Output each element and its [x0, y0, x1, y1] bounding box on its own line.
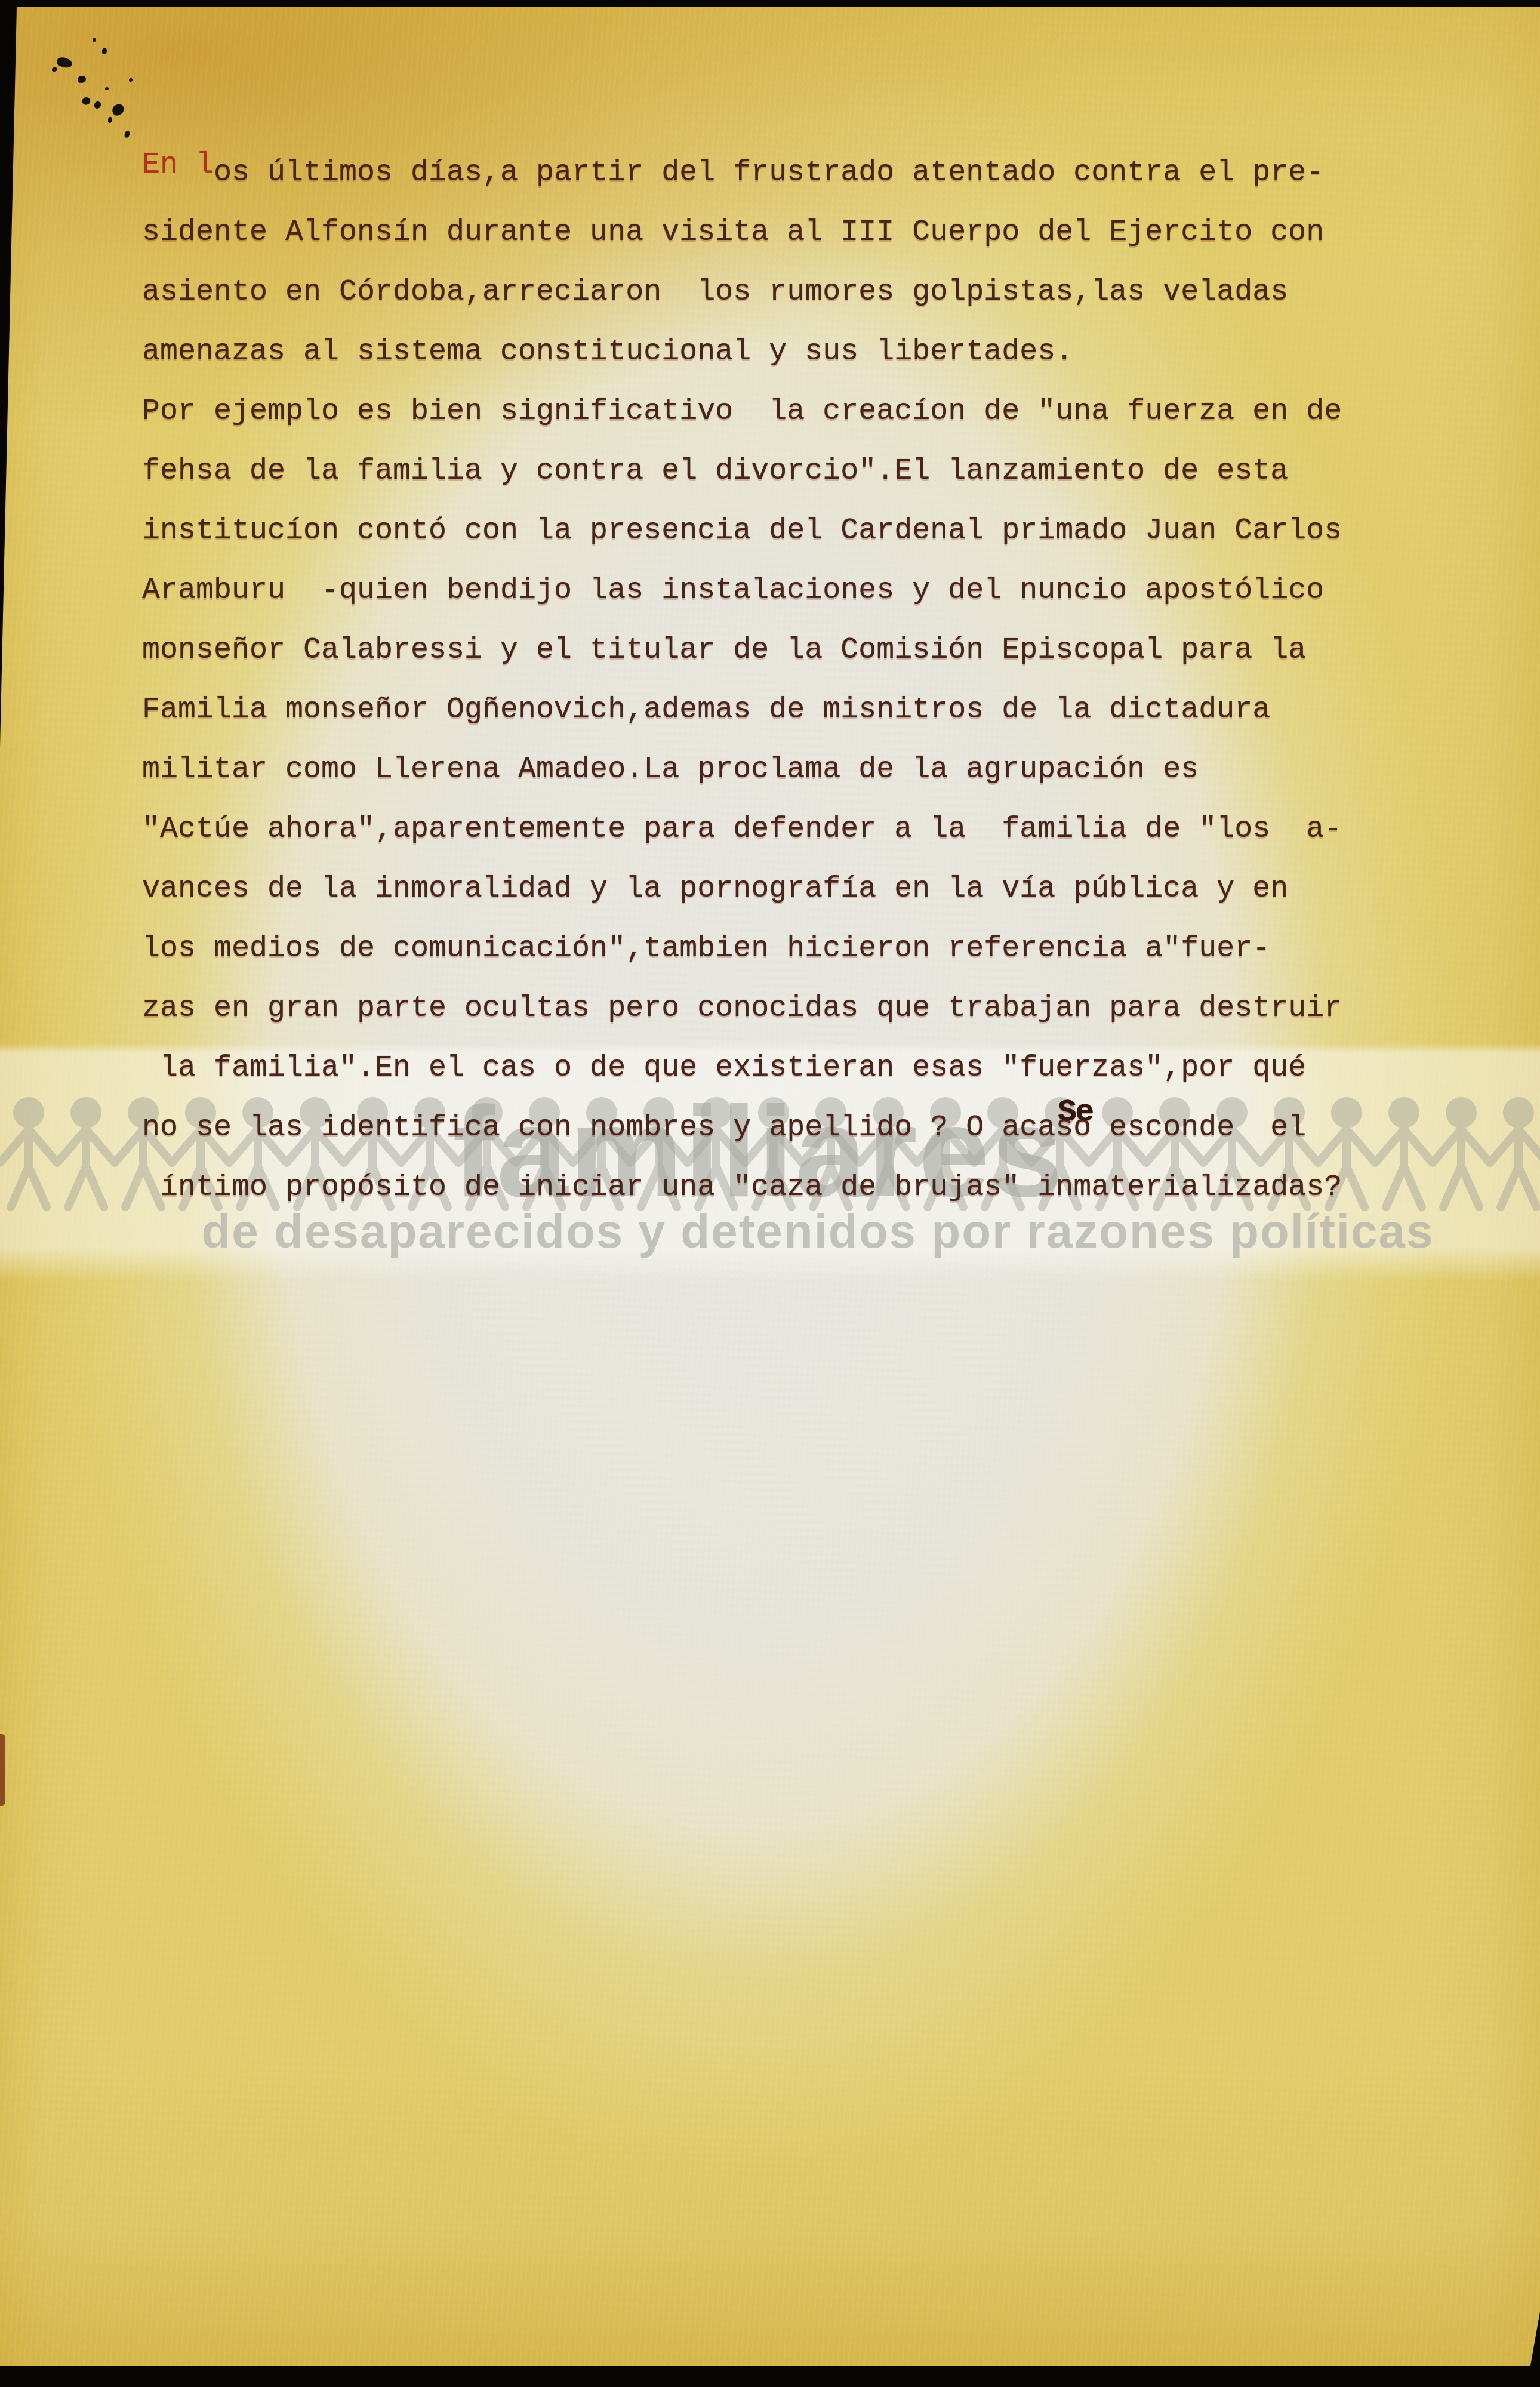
typed-line: sidente Alfonsín durante una visita al I… [142, 203, 1342, 263]
typed-line: "Actúe ahora",aparentemente para defende… [142, 800, 1342, 860]
typed-line: monseñor Calabressi y el titular de la C… [142, 621, 1342, 680]
typed-line: los medios de comunicación",tambien hici… [142, 919, 1342, 979]
scan-edge-bottom [0, 2366, 1540, 2387]
scan-edge-top [0, 0, 1540, 7]
first-words-red: En l [142, 148, 214, 182]
typed-line-first: En los últimos días,a partir del frustra… [142, 143, 1342, 203]
typed-line: Aramburu -quien bendijo las instalacione… [142, 561, 1342, 621]
typed-line: institucíon contó con la presencia del C… [142, 501, 1342, 561]
typed-line: vances de la inmoralidad y la pornografí… [142, 860, 1342, 919]
typed-line: militar como Llerena Amadeo.La proclama … [142, 740, 1342, 800]
typed-line: asiento en Córdoba,arreciaron los rumore… [142, 263, 1342, 322]
inserted-word: Se [1058, 1095, 1092, 1130]
typed-line: Por ejemplo es bien significativo la cre… [142, 382, 1342, 442]
typed-line: íntimo propósito de iniciar una "caza de… [142, 1158, 1342, 1218]
typed-line: zas en gran parte ocultas pero conocidas… [142, 979, 1342, 1039]
scanned-document-page: familiares de desaparecidos y detenidos … [0, 0, 1540, 2387]
typed-line: la familia".En el cas o de que existiera… [142, 1039, 1342, 1098]
typed-line: amenazas al sistema constitucional y sus… [142, 322, 1342, 382]
typed-lines: sidente Alfonsín durante una visita al I… [142, 203, 1342, 1218]
typed-line: fehsa de la familia y contra el divorcio… [142, 442, 1342, 501]
typed-text-block: En los últimos días,a partir del frustra… [142, 143, 1342, 1218]
first-line-rest: os últimos días,a partir del frustrado a… [214, 156, 1324, 190]
scan-edge-left-smudge [0, 1734, 5, 1806]
typed-line: Familia monseñor Ogñenovich,ademas de mi… [142, 680, 1342, 740]
typed-line: no se las identifica con nombres y apell… [142, 1098, 1342, 1158]
